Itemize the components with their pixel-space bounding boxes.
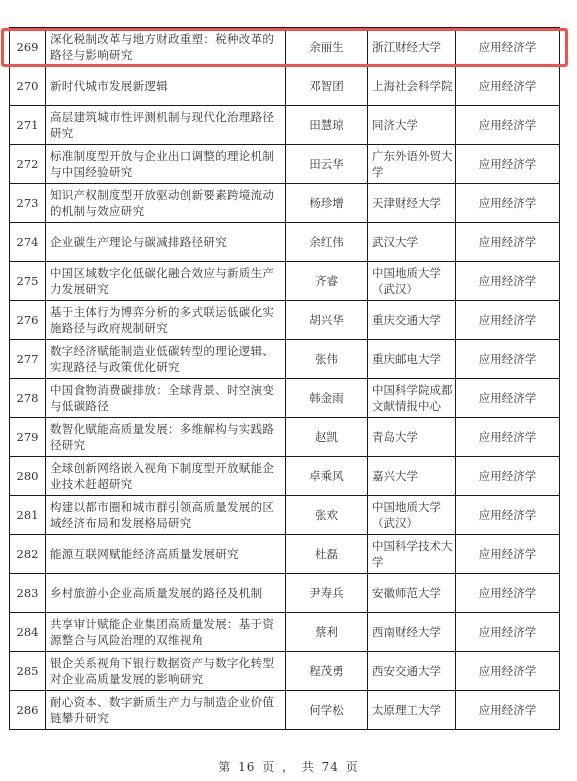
row-number: 286: [10, 691, 46, 730]
project-title: 共享审计赋能企业集团高质量发展：基于资源整合与风险治理的双维视角: [46, 613, 286, 652]
applicant-name: 张欢: [286, 496, 368, 535]
table-row: 274企业碳生产理论与碳减排路径研究余红伟武汉大学应用经济学: [10, 223, 560, 262]
project-title: 数智化赋能高质量发展：多维解构与实践路径研究: [46, 418, 286, 457]
row-number: 283: [10, 574, 46, 613]
institution: 重庆交通大学: [368, 301, 456, 340]
table-row: 285银企关系视角下银行数据资产与数字化转型对企业高质量发展的影响研究程茂勇西安…: [10, 652, 560, 691]
table-row: 273知识产权制度型开放驱动创新要素跨境流动的机制与效应研究杨珍增天津财经大学应…: [10, 184, 560, 223]
discipline: 应用经济学: [456, 262, 560, 301]
row-number: 269: [10, 28, 46, 67]
applicant-name: 程茂勇: [286, 652, 368, 691]
applicant-name: 邓智团: [286, 67, 368, 106]
row-number: 272: [10, 145, 46, 184]
row-number: 281: [10, 496, 46, 535]
table-row: 282能源互联网赋能经济高质量发展研究杜磊中国科学技术大学应用经济学: [10, 535, 560, 574]
applicant-name: 胡兴华: [286, 301, 368, 340]
discipline: 应用经济学: [456, 574, 560, 613]
applicant-name: 蔡利: [286, 613, 368, 652]
discipline: 应用经济学: [456, 301, 560, 340]
table-body: 269深化税制改革与地方财政重塑：税种改革的路径与影响研究余丽生浙江财经大学应用…: [10, 28, 560, 730]
table-row: 279数智化赋能高质量发展：多维解构与实践路径研究赵凯青岛大学应用经济学: [10, 418, 560, 457]
table-row: 280全球创新网络嵌入视角下制度型开放赋能企业技术赶超研究卓乘风嘉兴大学应用经济…: [10, 457, 560, 496]
applicant-name: 杜磊: [286, 535, 368, 574]
institution: 同济大学: [368, 106, 456, 145]
discipline: 应用经济学: [456, 340, 560, 379]
table-row: 270新时代城市发展新逻辑邓智团上海社会科学院应用经济学: [10, 67, 560, 106]
table-row: 286耐心资本、数字新质生产力与制造企业价值链攀升研究何学松太原理工大学应用经济…: [10, 691, 560, 730]
discipline: 应用经济学: [456, 379, 560, 418]
applicant-name: 余红伟: [286, 223, 368, 262]
project-title: 深化税制改革与地方财政重塑：税种改革的路径与影响研究: [46, 28, 286, 67]
applicant-name: 韩金雨: [286, 379, 368, 418]
project-title: 能源互联网赋能经济高质量发展研究: [46, 535, 286, 574]
applicant-name: 卓乘风: [286, 457, 368, 496]
project-title: 数字经济赋能制造业低碳转型的理论逻辑、实现路径与政策优化研究: [46, 340, 286, 379]
discipline: 应用经济学: [456, 67, 560, 106]
discipline: 应用经济学: [456, 652, 560, 691]
discipline: 应用经济学: [456, 184, 560, 223]
applicant-name: 何学松: [286, 691, 368, 730]
applicant-name: 杨珍增: [286, 184, 368, 223]
discipline: 应用经济学: [456, 457, 560, 496]
applicant-name: 尹寿兵: [286, 574, 368, 613]
project-title: 全球创新网络嵌入视角下制度型开放赋能企业技术赶超研究: [46, 457, 286, 496]
table-row: 284共享审计赋能企业集团高质量发展：基于资源整合与风险治理的双维视角蔡利西南财…: [10, 613, 560, 652]
project-title: 高层建筑城市性评测机制与现代化治理路径研究: [46, 106, 286, 145]
table-row: 281构建以都市圈和城市群引领高质量发展的区域经济布局和发展格局研究张欢中国地质…: [10, 496, 560, 535]
discipline: 应用经济学: [456, 418, 560, 457]
row-number: 271: [10, 106, 46, 145]
project-title: 中国区域数字化低碳化融合效应与新质生产力发展研究: [46, 262, 286, 301]
page-number-footer: 第 16 页 ， 共 74 页: [0, 758, 577, 775]
table-row: 276基于主体行为博弈分析的多式联运低碳化实施路径与政府规制研究胡兴华重庆交通大…: [10, 301, 560, 340]
discipline: 应用经济学: [456, 28, 560, 67]
discipline: 应用经济学: [456, 691, 560, 730]
institution: 重庆邮电大学: [368, 340, 456, 379]
discipline: 应用经济学: [456, 613, 560, 652]
table-row: 269深化税制改革与地方财政重塑：税种改革的路径与影响研究余丽生浙江财经大学应用…: [10, 28, 560, 67]
project-title: 银企关系视角下银行数据资产与数字化转型对企业高质量发展的影响研究: [46, 652, 286, 691]
applicant-name: 张伟: [286, 340, 368, 379]
project-title: 中国食物消费碳排放：全球背景、时空演变与低碳路径: [46, 379, 286, 418]
row-number: 273: [10, 184, 46, 223]
table-row: 271高层建筑城市性评测机制与现代化治理路径研究田慧琼同济大学应用经济学: [10, 106, 560, 145]
discipline: 应用经济学: [456, 496, 560, 535]
applicant-name: 田慧琼: [286, 106, 368, 145]
institution: 天津财经大学: [368, 184, 456, 223]
discipline: 应用经济学: [456, 106, 560, 145]
row-number: 282: [10, 535, 46, 574]
institution: 武汉大学: [368, 223, 456, 262]
row-number: 278: [10, 379, 46, 418]
institution: 中国科学院成都文献情报中心: [368, 379, 456, 418]
institution: 中国科学技术大学: [368, 535, 456, 574]
institution: 广东外语外贸大学: [368, 145, 456, 184]
row-number: 284: [10, 613, 46, 652]
applicant-name: 田云华: [286, 145, 368, 184]
row-number: 274: [10, 223, 46, 262]
project-title: 乡村旅游小企业高质量发展的路径及机制: [46, 574, 286, 613]
institution: 中国地质大学（武汉）: [368, 496, 456, 535]
applicant-name: 余丽生: [286, 28, 368, 67]
institution: 嘉兴大学: [368, 457, 456, 496]
discipline: 应用经济学: [456, 535, 560, 574]
project-title: 新时代城市发展新逻辑: [46, 67, 286, 106]
project-title: 企业碳生产理论与碳减排路径研究: [46, 223, 286, 262]
project-title: 基于主体行为博弈分析的多式联运低碳化实施路径与政府规制研究: [46, 301, 286, 340]
institution: 西安交通大学: [368, 652, 456, 691]
institution: 西南财经大学: [368, 613, 456, 652]
institution: 安徽师范大学: [368, 574, 456, 613]
institution: 中国地质大学（武汉）: [368, 262, 456, 301]
project-title: 标准制度型开放与企业出口调整的理论机制与中国经验研究: [46, 145, 286, 184]
table-row: 278中国食物消费碳排放：全球背景、时空演变与低碳路径韩金雨中国科学院成都文献情…: [10, 379, 560, 418]
project-title: 知识产权制度型开放驱动创新要素跨境流动的机制与效应研究: [46, 184, 286, 223]
row-number: 277: [10, 340, 46, 379]
row-number: 275: [10, 262, 46, 301]
row-number: 285: [10, 652, 46, 691]
institution: 青岛大学: [368, 418, 456, 457]
row-number: 280: [10, 457, 46, 496]
applicant-name: 赵凯: [286, 418, 368, 457]
row-number: 276: [10, 301, 46, 340]
row-number: 270: [10, 67, 46, 106]
table-row: 272标准制度型开放与企业出口调整的理论机制与中国经验研究田云华广东外语外贸大学…: [10, 145, 560, 184]
table-row: 275中国区域数字化低碳化融合效应与新质生产力发展研究齐睿中国地质大学（武汉）应…: [10, 262, 560, 301]
institution: 浙江财经大学: [368, 28, 456, 67]
project-title: 耐心资本、数字新质生产力与制造企业价值链攀升研究: [46, 691, 286, 730]
table-row: 277数字经济赋能制造业低碳转型的理论逻辑、实现路径与政策优化研究张伟重庆邮电大…: [10, 340, 560, 379]
table-row: 283乡村旅游小企业高质量发展的路径及机制尹寿兵安徽师范大学应用经济学: [10, 574, 560, 613]
institution: 上海社会科学院: [368, 67, 456, 106]
institution: 太原理工大学: [368, 691, 456, 730]
row-number: 279: [10, 418, 46, 457]
project-title: 构建以都市圈和城市群引领高质量发展的区域经济布局和发展格局研究: [46, 496, 286, 535]
discipline: 应用经济学: [456, 223, 560, 262]
document-page: 269深化税制改革与地方财政重塑：税种改革的路径与影响研究余丽生浙江财经大学应用…: [0, 0, 577, 781]
discipline: 应用经济学: [456, 145, 560, 184]
project-list-table: 269深化税制改革与地方财政重塑：税种改革的路径与影响研究余丽生浙江财经大学应用…: [9, 27, 560, 730]
applicant-name: 齐睿: [286, 262, 368, 301]
